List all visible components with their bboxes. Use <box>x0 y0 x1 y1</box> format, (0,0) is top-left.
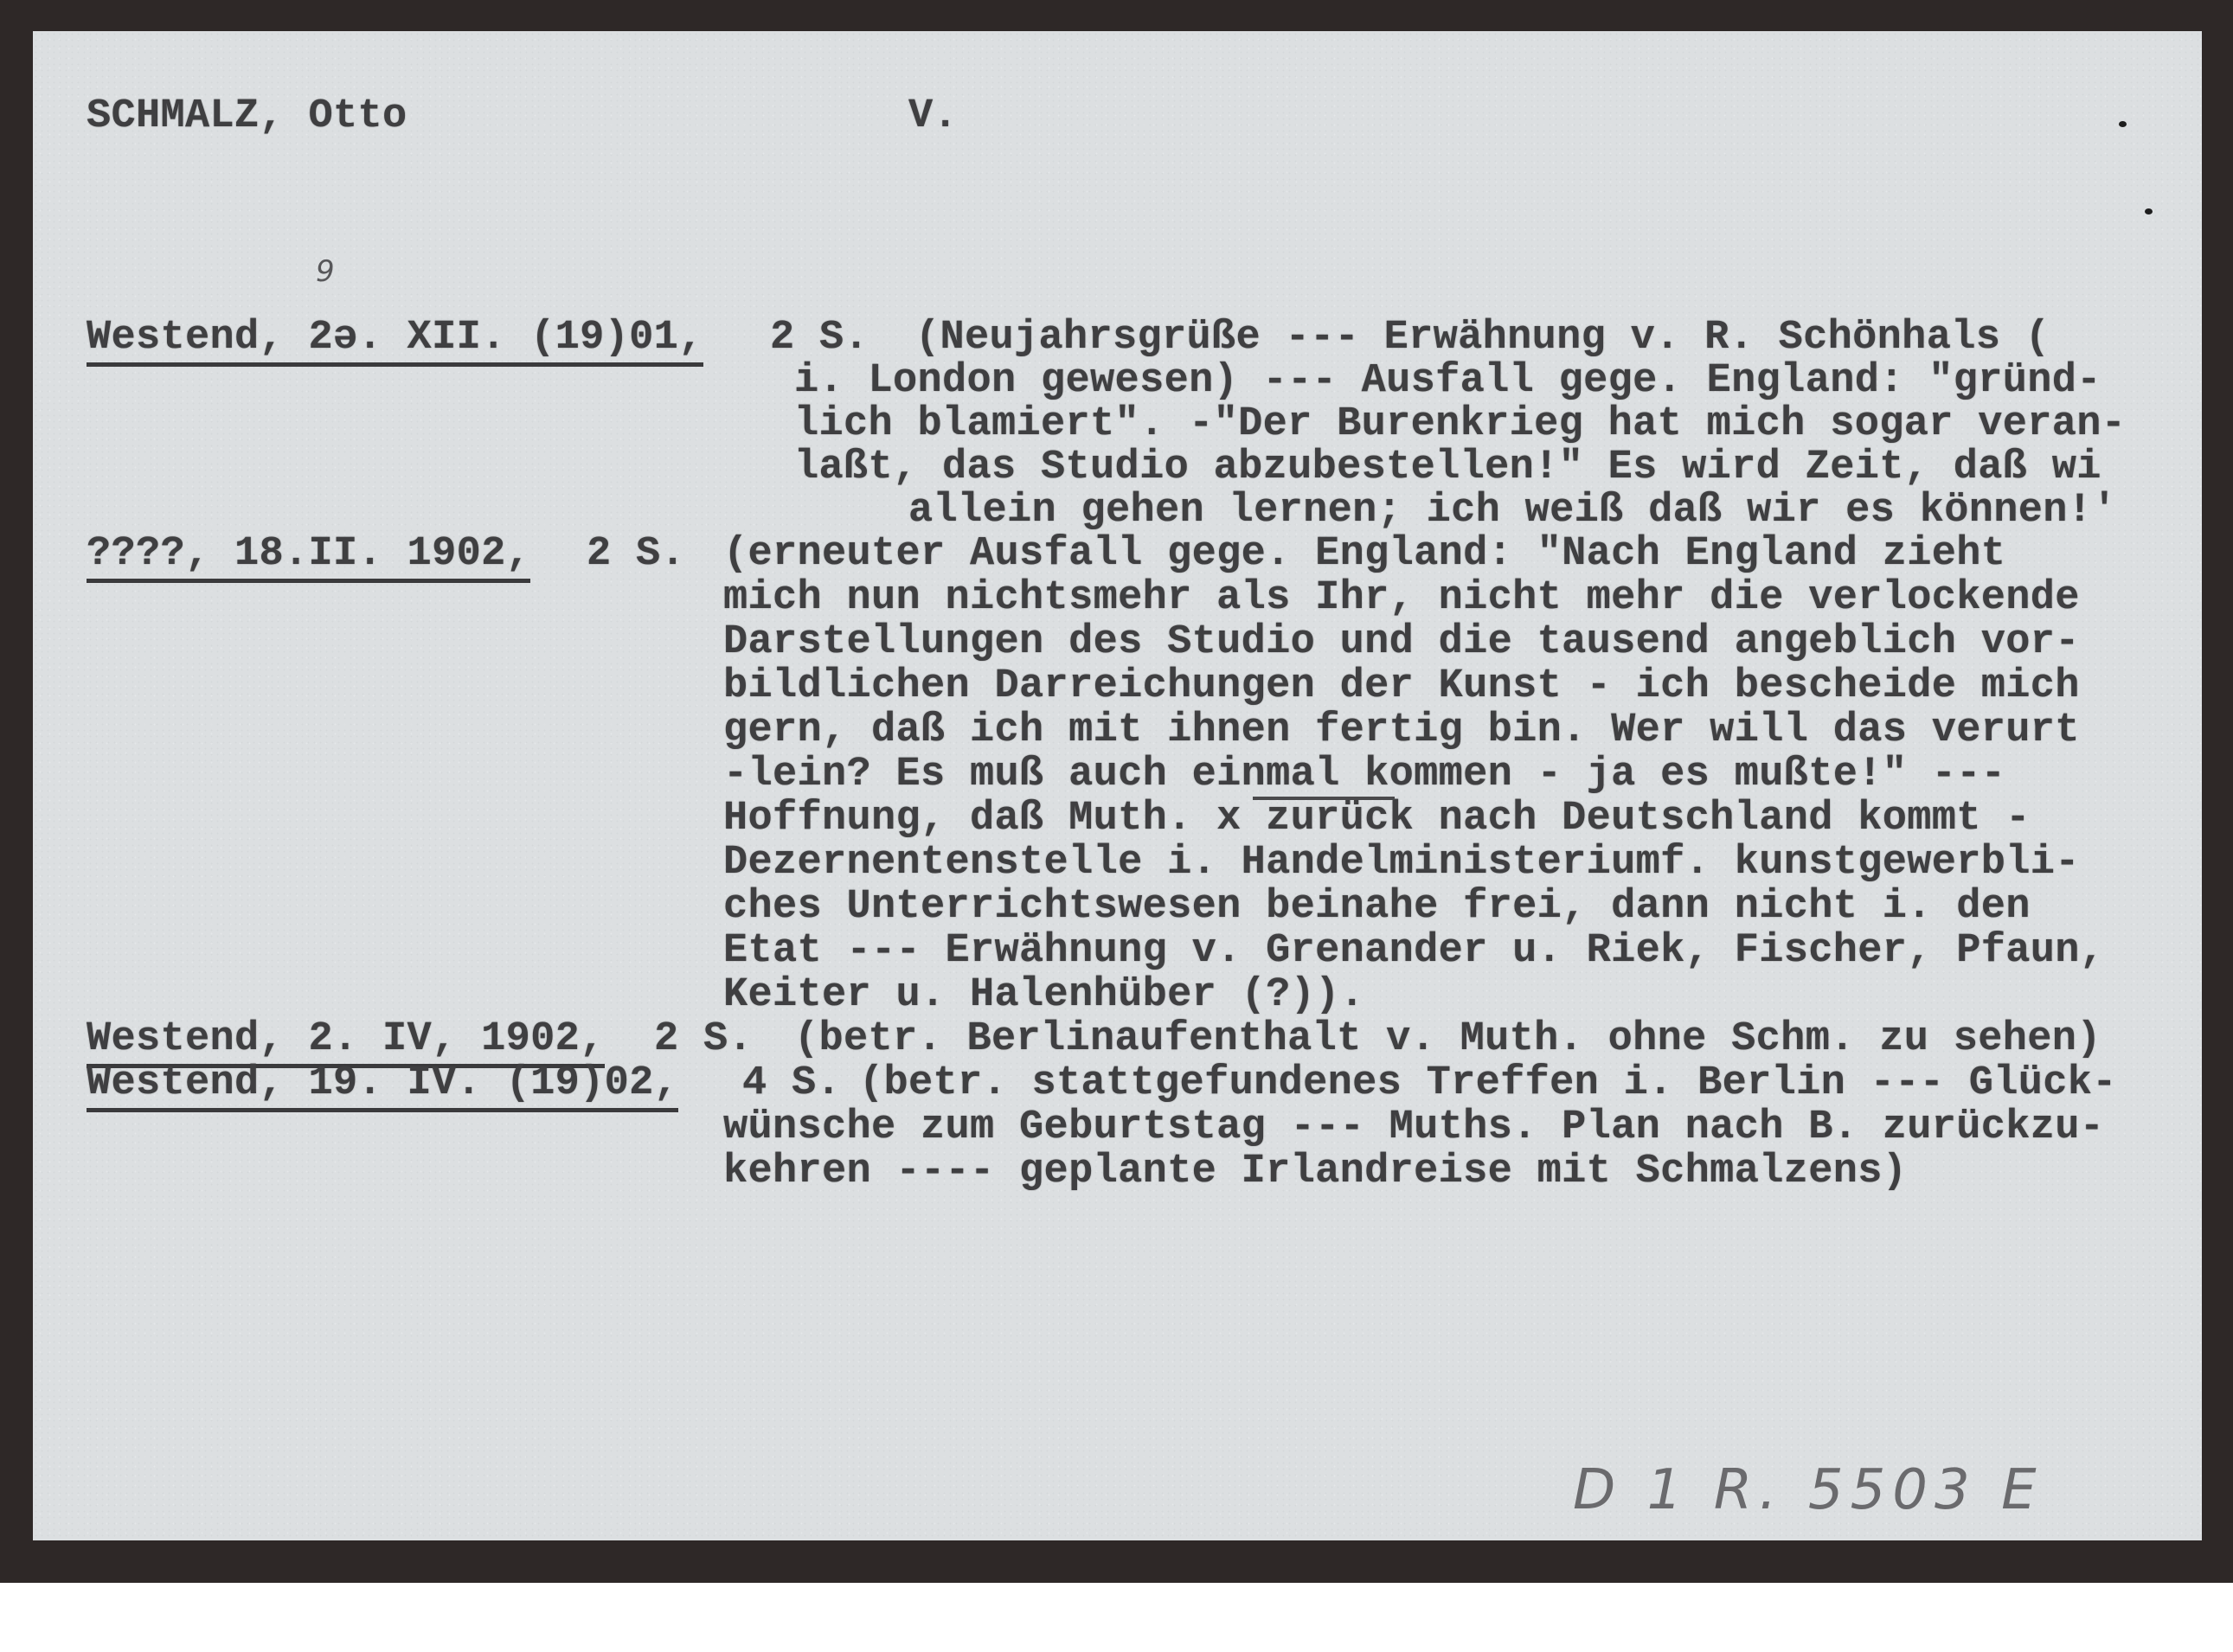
entry-4-line: wünsche zum Geburtstag --- Muths. Plan n… <box>723 1106 2104 1149</box>
entry-1-pages: 2 S. <box>770 317 869 360</box>
entry-1-date-text: Westend, 2ə. XII. (19)01, <box>87 315 703 367</box>
entry-1-line: i. London gewesen) --- Ausfall gege. Eng… <box>794 360 2101 403</box>
card-name: SCHMALZ, Otto <box>87 95 407 138</box>
entry-2-line: Darstellungen des Studio und die tausend… <box>723 621 2080 664</box>
entry-4-date: Westend, 19. IV. (19)02, <box>87 1062 678 1105</box>
index-card: SCHMALZ, Otto V. 9 Westend, 2ə. XII. (19… <box>33 31 2202 1540</box>
entry-4-pages: 4 S. <box>742 1062 841 1105</box>
entry-2-line: Hoffnung, daß Muth. x zurück nach Deutsc… <box>723 797 2031 841</box>
entry-2-line: Keiter u. Halenhüber (?)). <box>723 974 1364 1017</box>
entry-1-line: laßt, das Studio abzubestellen!" Es wird… <box>794 446 2101 490</box>
entry-2-line: Dezernentenstelle i. Handelministeriumf.… <box>723 842 2080 885</box>
handwritten-correction: 9 <box>316 254 335 289</box>
entry-1-date: Westend, 2ə. XII. (19)01, <box>87 317 703 360</box>
card-volume: V. <box>908 95 958 138</box>
entry-1-line: lich blamiert". -"Der Burenkrieg hat mic… <box>794 403 2126 446</box>
entry-3-line: (betr. Berlinaufenthalt v. Muth. ohne Sc… <box>794 1018 2101 1061</box>
entry-4-line: kehren ---- geplante Irlandreise mit Sch… <box>723 1150 1907 1194</box>
entry-3-date: Westend, 2. IV, 1902, <box>87 1018 605 1061</box>
entry-4-date-text: Westend, 19. IV. (19)02, <box>87 1060 678 1112</box>
entry-2-line: gern, daß ich mit ihnen fertig bin. Wer … <box>723 709 2080 752</box>
entry-2-date: ????, 18.II. 1902, <box>87 533 530 576</box>
entry-3-pages: 2 S. <box>654 1018 753 1061</box>
entry-2-pages: 2 S. <box>587 533 685 576</box>
entry-2-line: Etat --- Erwähnung v. Grenander u. Riek,… <box>723 930 2104 973</box>
archive-signature: D 1 R. 5503 E <box>1573 1458 2044 1522</box>
entry-2-line: bildlichen Darreichungen der Kunst - ich… <box>723 665 2080 708</box>
emphasis-underline <box>1253 797 1395 800</box>
entry-2-line: (erneuter Ausfall gege. England: "Nach E… <box>723 533 2005 576</box>
entry-1-line: allein gehen lernen; ich weiß daß wir es… <box>908 490 2117 533</box>
entry-1-line: (Neujahrsgrüße --- Erwähnung v. R. Schön… <box>915 317 2050 360</box>
ink-dot <box>2119 121 2127 127</box>
ink-dot <box>2145 208 2153 215</box>
entry-4-line: (betr. stattgefundenes Treffen i. Berlin… <box>859 1062 2117 1105</box>
entry-2-line: -lein? Es muß auch einmal kommen - ja es… <box>723 753 2005 797</box>
entry-2-line: ches Unterrichtswesen beinahe frei, dann… <box>723 886 2031 929</box>
entry-2-line: mich nun nichtsmehr als Ihr, nicht mehr … <box>723 577 2080 620</box>
entry-2-date-text: ????, 18.II. 1902, <box>87 531 530 583</box>
scan-background: SCHMALZ, Otto V. 9 Westend, 2ə. XII. (19… <box>0 0 2233 1583</box>
